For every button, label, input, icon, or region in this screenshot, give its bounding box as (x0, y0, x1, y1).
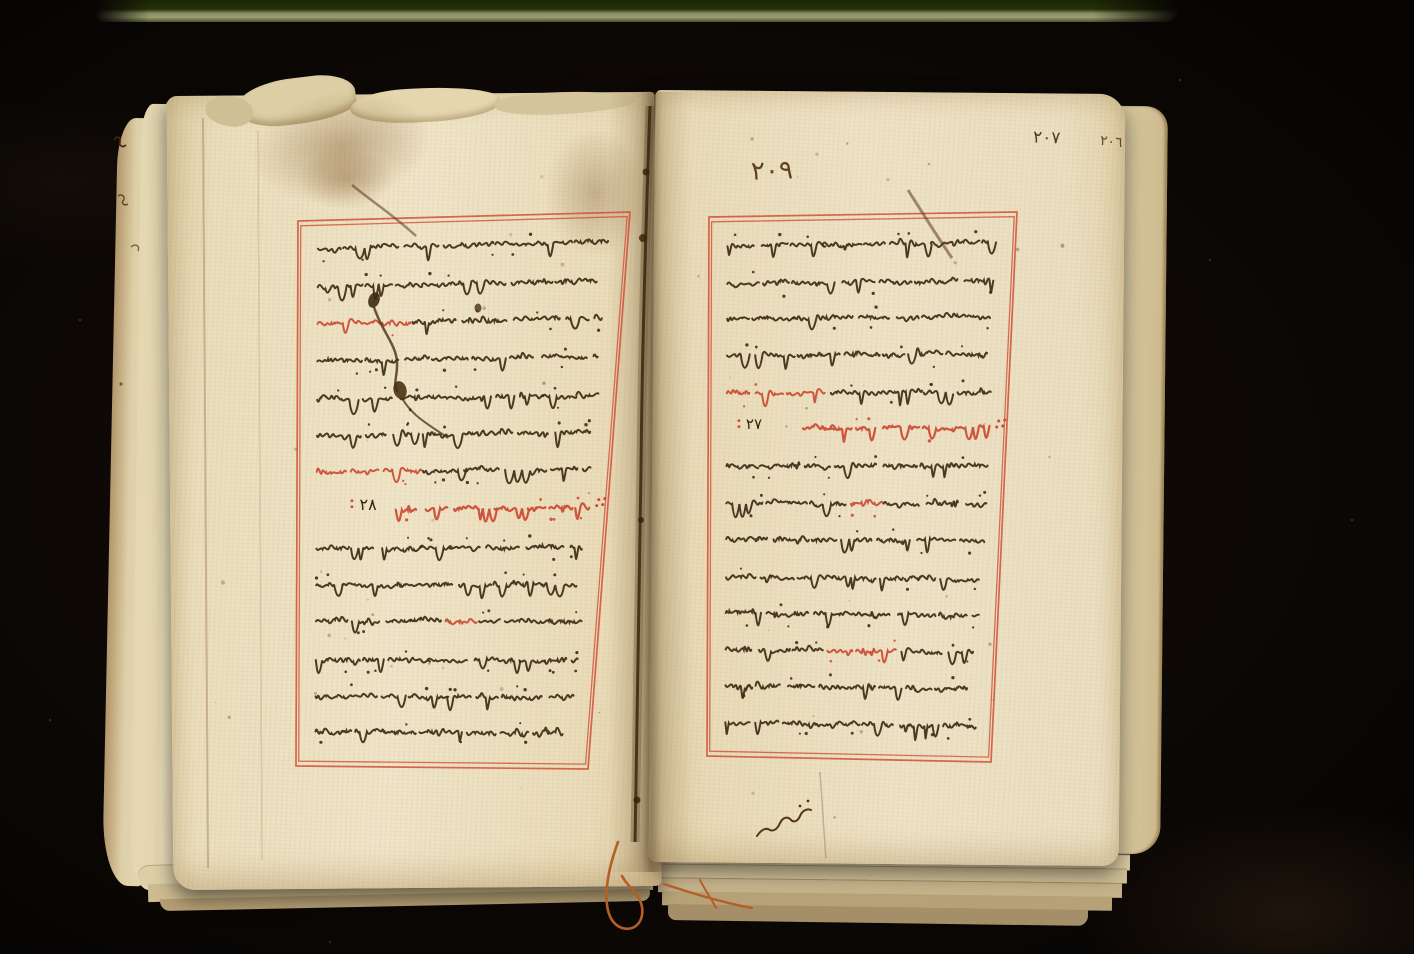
table-edge (95, 0, 1180, 22)
left-page (167, 92, 662, 890)
right-page (649, 90, 1126, 866)
manuscript-photograph: ٢٠٩ ٢٠٧ ٢٠٦ ٢٨ ٢٧ (0, 0, 1414, 954)
